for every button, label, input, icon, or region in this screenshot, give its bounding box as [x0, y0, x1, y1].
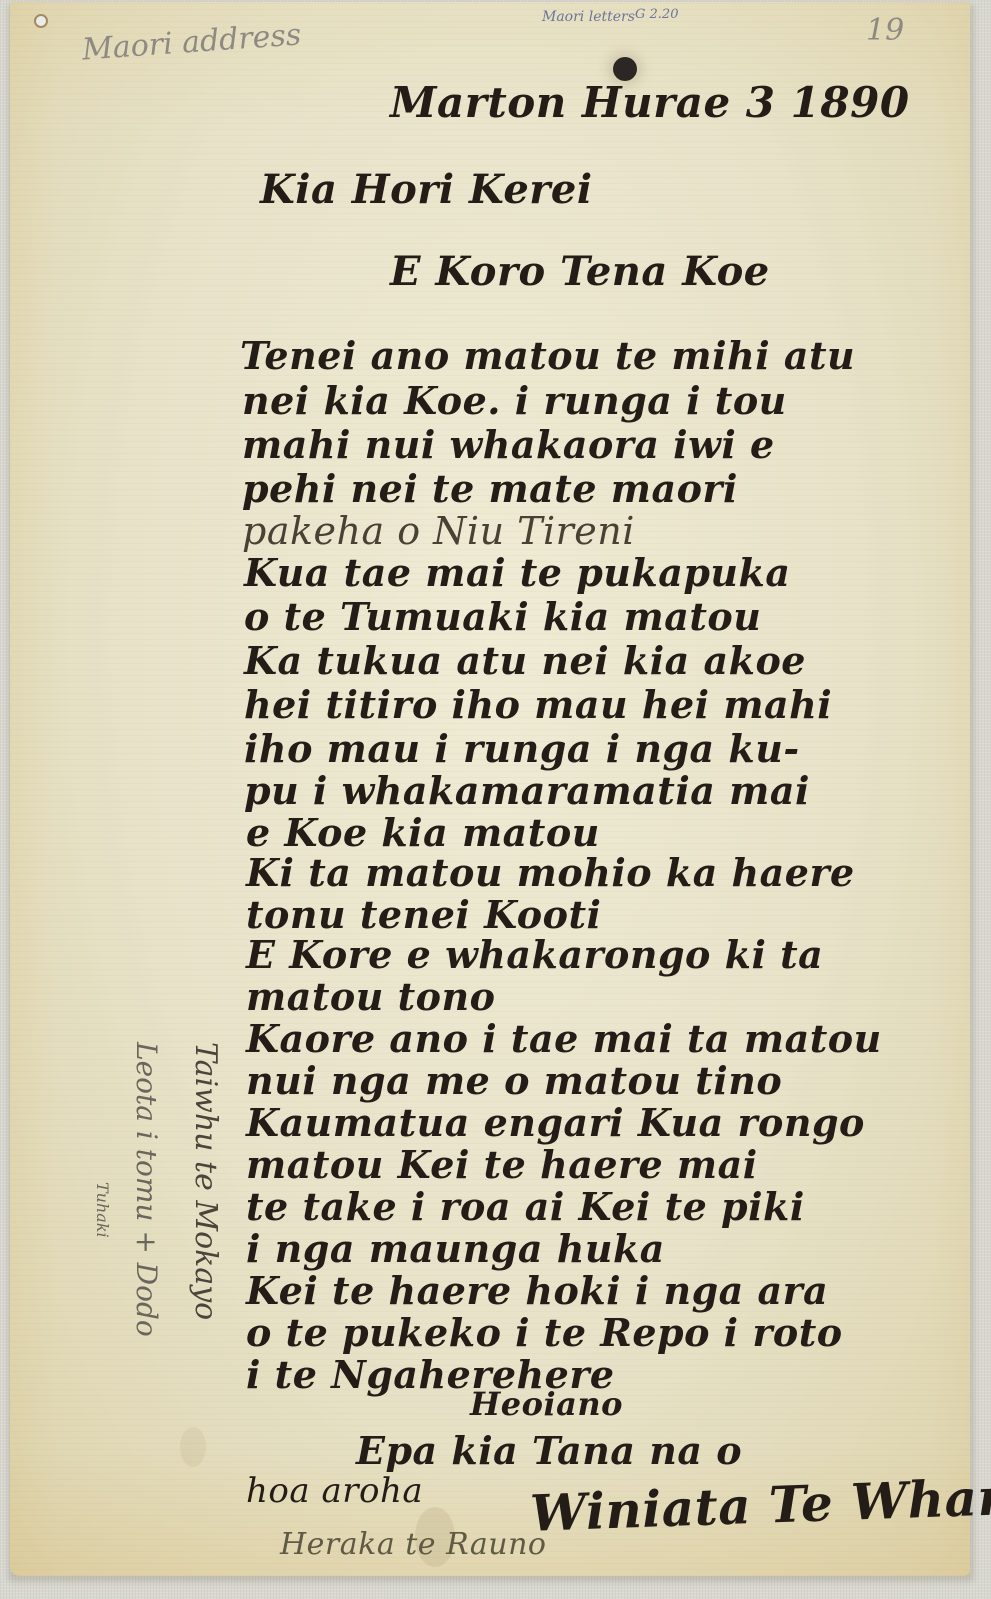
body-line: Kaumatua engari Kua rongo: [246, 1104, 865, 1142]
body-line: o te Tumuaki kia matou: [244, 598, 761, 636]
letter-addressee: Kia Hori Kerei: [260, 170, 593, 210]
margin-note-line-2: Leota i tomu + Dodo: [132, 1042, 160, 1337]
body-line: i nga maunga huka: [246, 1230, 665, 1268]
body-line: pehi nei te mate maori: [242, 470, 738, 508]
body-line: tonu tenei Kooti: [246, 896, 601, 934]
body-line: te take i roa ai Kei te piki: [246, 1188, 805, 1226]
letter-co-signatory: Heraka te Rauno: [280, 1530, 546, 1560]
letter-page: Maori address Maori letters G 2.20 19 Ma…: [10, 2, 970, 1576]
page-number: 19: [866, 16, 904, 46]
letter-salutation: E Koro Tena Koe: [390, 252, 770, 292]
annotation-archive-reference: Maori letters: [542, 10, 635, 24]
body-line: matou tono: [246, 978, 495, 1016]
body-line: hei titiro iho mau hei mahi: [244, 686, 832, 724]
body-line: pu i whakamaramatia mai: [244, 772, 810, 810]
body-line: o te pukeko i te Repo i roto: [246, 1314, 843, 1352]
paper-stain: [180, 1427, 206, 1467]
margin-note-line-3: Tuhaki: [94, 1182, 110, 1238]
annotation-maori-address: Maori address: [81, 20, 302, 65]
body-line: mahi nui whakaora iwi e: [242, 426, 775, 464]
body-line: e Koe kia matou: [246, 814, 600, 852]
body-line: nui nga me o matou tino: [246, 1062, 782, 1100]
letter-valediction: Heoiano: [470, 1388, 623, 1420]
body-line: Ki ta matou mohio ka haere: [246, 854, 855, 892]
body-line: pakeha o Niu Tireni: [242, 512, 635, 550]
body-line: matou Kei te haere mai: [246, 1146, 758, 1184]
body-line: iho mau i runga i nga ku-: [244, 730, 800, 768]
letter-closing-line-1: Epa kia Tana na o: [356, 1432, 742, 1470]
letter-place-date: Marton Hurae 3 1890: [390, 82, 910, 124]
letter-closing-line-2: hoa aroha: [246, 1474, 423, 1508]
margin-note-line-1: Taiwhu te Mokayo: [190, 1042, 220, 1320]
body-line: Tenei ano matou te mihi atu: [240, 337, 855, 375]
body-line: nei kia Koe. i runga i tou: [242, 382, 787, 420]
body-line: Ka tukua atu nei kia akoe: [244, 642, 806, 680]
pin-hole-icon: [34, 14, 48, 28]
body-line: E Kore e whakarongo ki ta: [246, 936, 823, 974]
annotation-archive-number: G 2.20: [635, 8, 678, 21]
body-line: Kua tae mai te pukapuka: [244, 554, 791, 592]
body-line: Kei te haere hoki i nga ara: [246, 1272, 828, 1310]
body-line: Kaore ano i tae mai ta matou: [246, 1020, 882, 1058]
letter-signature: Winiata Te Whare: [529, 1471, 991, 1539]
